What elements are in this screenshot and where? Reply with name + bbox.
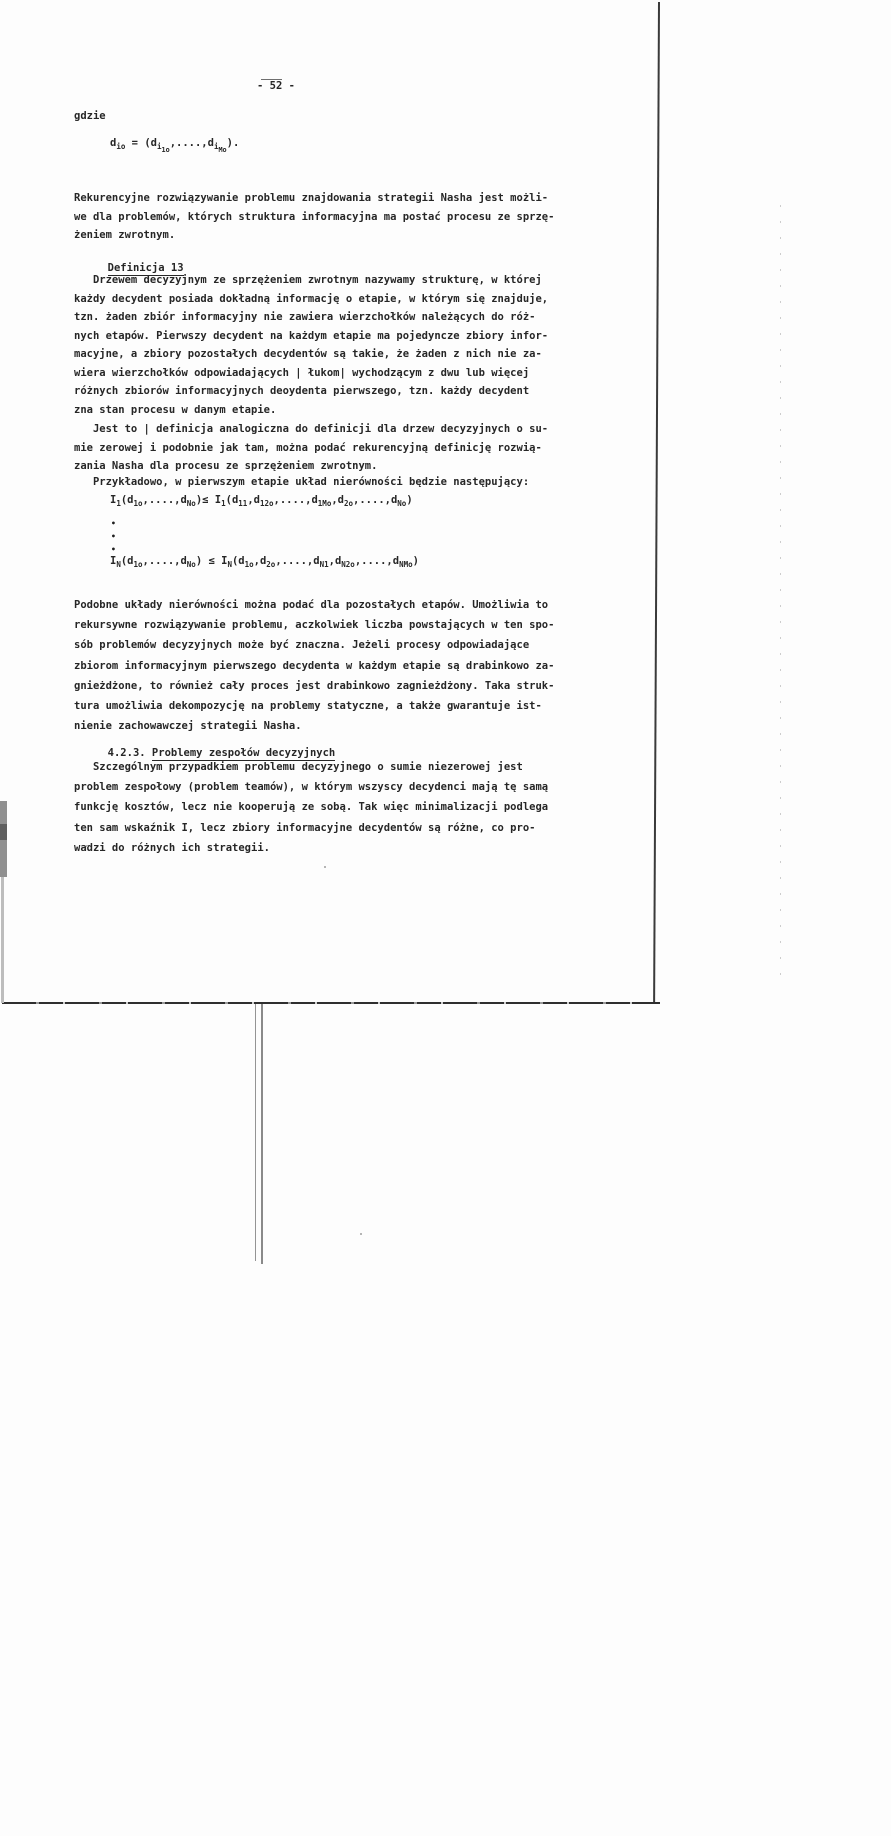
scan-speck <box>360 1233 362 1235</box>
vertical-ellipsis: ••• <box>111 517 116 556</box>
intro-word: gdzie <box>74 110 106 122</box>
text-line: wiera wierzchołków odpowiadających | łuk… <box>74 364 548 383</box>
paragraph-recursive-solving: Rekurencyjne rozwiązywanie problemu znaj… <box>74 189 554 245</box>
text-line: zna stan procesu w danym etapie. <box>74 401 548 420</box>
formula-segment: (d <box>121 555 134 567</box>
text-line: wadzi do różnych ich strategii. <box>74 838 548 858</box>
text-line: Szczególnym przypadkiem problemu decyzyj… <box>74 757 548 777</box>
formula-segment: No <box>187 560 196 569</box>
text-line: tzn. żaden zbiór informacyjny nie zawier… <box>74 308 548 327</box>
paragraph-analogy: Jest to | definicja analogiczna do defin… <box>74 420 548 476</box>
formula-segment: ,d <box>331 494 344 506</box>
text-line: Rekurencyjne rozwiązywanie problemu znaj… <box>74 189 554 208</box>
formula-segment: 1o <box>162 146 170 154</box>
formula-segment: = ( <box>125 137 150 149</box>
text-line: • <box>111 530 116 543</box>
formula-segment: N1 <box>320 560 329 569</box>
text-line: sób problemów decyzyjnych może być znacz… <box>74 635 554 655</box>
scan-fold-dotted-line <box>780 205 781 980</box>
formula-segment: 11 <box>238 499 247 508</box>
formula-segment: ,....,d <box>353 494 397 506</box>
text-line: nienie zachowawczej strategii Nasha. <box>74 716 554 736</box>
formula-segment: (d <box>121 494 134 506</box>
formula-segment: ) ≤ I <box>196 555 228 567</box>
scan-left-edge-strip-dark-segment <box>0 824 7 840</box>
text-line: Drzewem decyzyjnym ze sprzężeniem zwrotn… <box>74 271 548 290</box>
scan-left-edge-strip-light <box>1 877 4 1003</box>
text-line: zania Nasha dla procesu ze sprzężeniem z… <box>74 457 548 476</box>
text-line: ten sam wskaźnik I, lecz zbiory informac… <box>74 818 548 838</box>
formula-segment: ,....,d <box>355 555 399 567</box>
formula-segment: ,...., <box>170 137 208 149</box>
text-line: żeniem zwrotnym. <box>74 226 554 245</box>
formula-segment: 2o <box>266 560 275 569</box>
scan-speck <box>86 845 88 847</box>
formula-inequality-nth: IN(d1o,....,dNo) ≤ IN(d1o,d2o,....,dN1,d… <box>110 555 419 569</box>
paragraph-definition-body: Drzewem decyzyjnym ze sprzężeniem zwrotn… <box>74 271 548 419</box>
formula-segment: N2o <box>341 560 355 569</box>
formula-decision-vector: dio = (di1o,....,diMo). <box>110 137 239 154</box>
formula-segment: ,....,d <box>143 494 187 506</box>
formula-segment: ,....,d <box>275 555 319 567</box>
page-right-edge-line <box>653 2 660 1003</box>
formula-segment: ,d <box>254 555 267 567</box>
text-line: nych etapów. Pierwszy decydent na każdym… <box>74 327 548 346</box>
text-line: funkcję kosztów, lecz nie kooperują ze s… <box>74 797 548 817</box>
binding-line-right <box>261 1004 263 1264</box>
text-line: gnieżdżone, to również cały proces jest … <box>74 676 554 696</box>
formula-segment: No <box>187 499 196 508</box>
scan-speck <box>324 866 326 868</box>
formula-segment: (d <box>232 555 245 567</box>
formula-segment: NMo <box>399 560 413 569</box>
scan-left-edge-strip <box>0 801 7 877</box>
text-line: macyjne, a zbiory pozostałych decydentów… <box>74 345 548 364</box>
formula-segment: io <box>116 142 125 151</box>
binding-line-left <box>255 1004 256 1261</box>
formula-segment: 1o <box>134 499 143 508</box>
formula-segment: ≤ I <box>202 494 221 506</box>
text-line: Podobne układy nierówności można podać d… <box>74 595 554 615</box>
formula-segment: No <box>397 499 406 508</box>
text-line: • <box>111 517 116 530</box>
text-line: mie zerowej i podobnie jak tam, można po… <box>74 439 548 458</box>
formula-segment: ). <box>227 137 240 149</box>
formula-segment: (d <box>226 494 239 506</box>
paragraph-similar-systems: Podobne układy nierówności można podać d… <box>74 595 554 736</box>
formula-segment: ) <box>406 494 412 506</box>
text-line: tura umożliwia dekompozycję na problemy … <box>74 696 554 716</box>
text-line: różnych zbiorów informacyjnych deoydenta… <box>74 382 548 401</box>
formula-segment: 1o <box>245 560 254 569</box>
formula-segment: ,d <box>329 555 342 567</box>
formula-segment: ) <box>413 555 419 567</box>
text-line: każdy decydent posiada dokładną informac… <box>74 290 548 309</box>
formula-segment: Mo <box>218 146 226 154</box>
text-line: rekursywne rozwiązywanie problemu, aczko… <box>74 615 554 635</box>
formula-segment: 1o <box>134 560 143 569</box>
scanned-document-page: { "page": { "number": "- 52 -", "intro_w… <box>0 0 891 1836</box>
formula-segment: 12o <box>260 499 274 508</box>
formula-inequality-first: I1(d1o,....,dNo)≤ I1(d11,d12o,....,d1Mo,… <box>110 494 413 508</box>
formula-segment: ,d <box>247 494 260 506</box>
scan-artifact-overbar <box>261 79 282 80</box>
formula-segment: ,....,d <box>143 555 187 567</box>
page-bottom-edge-line <box>2 1002 660 1004</box>
formula-segment: ,....,d <box>274 494 318 506</box>
paragraph-team-problems: Szczególnym przypadkiem problemu decyzyj… <box>74 757 548 858</box>
formula-segment: 1Mo <box>318 499 332 508</box>
formula-segment: 2o <box>344 499 353 508</box>
text-line: problem zespołowy (problem teamów), w kt… <box>74 777 548 797</box>
text-line: zbiorom informacyjnym pierwszego decyden… <box>74 656 554 676</box>
page-number: - 52 - <box>257 80 295 92</box>
text-line: Jest to | definicja analogiczna do defin… <box>74 420 548 439</box>
text-line: we dla problemów, których struktura info… <box>74 208 554 227</box>
example-intro-line: Przykładowo, w pierwszym etapie układ ni… <box>74 476 529 488</box>
